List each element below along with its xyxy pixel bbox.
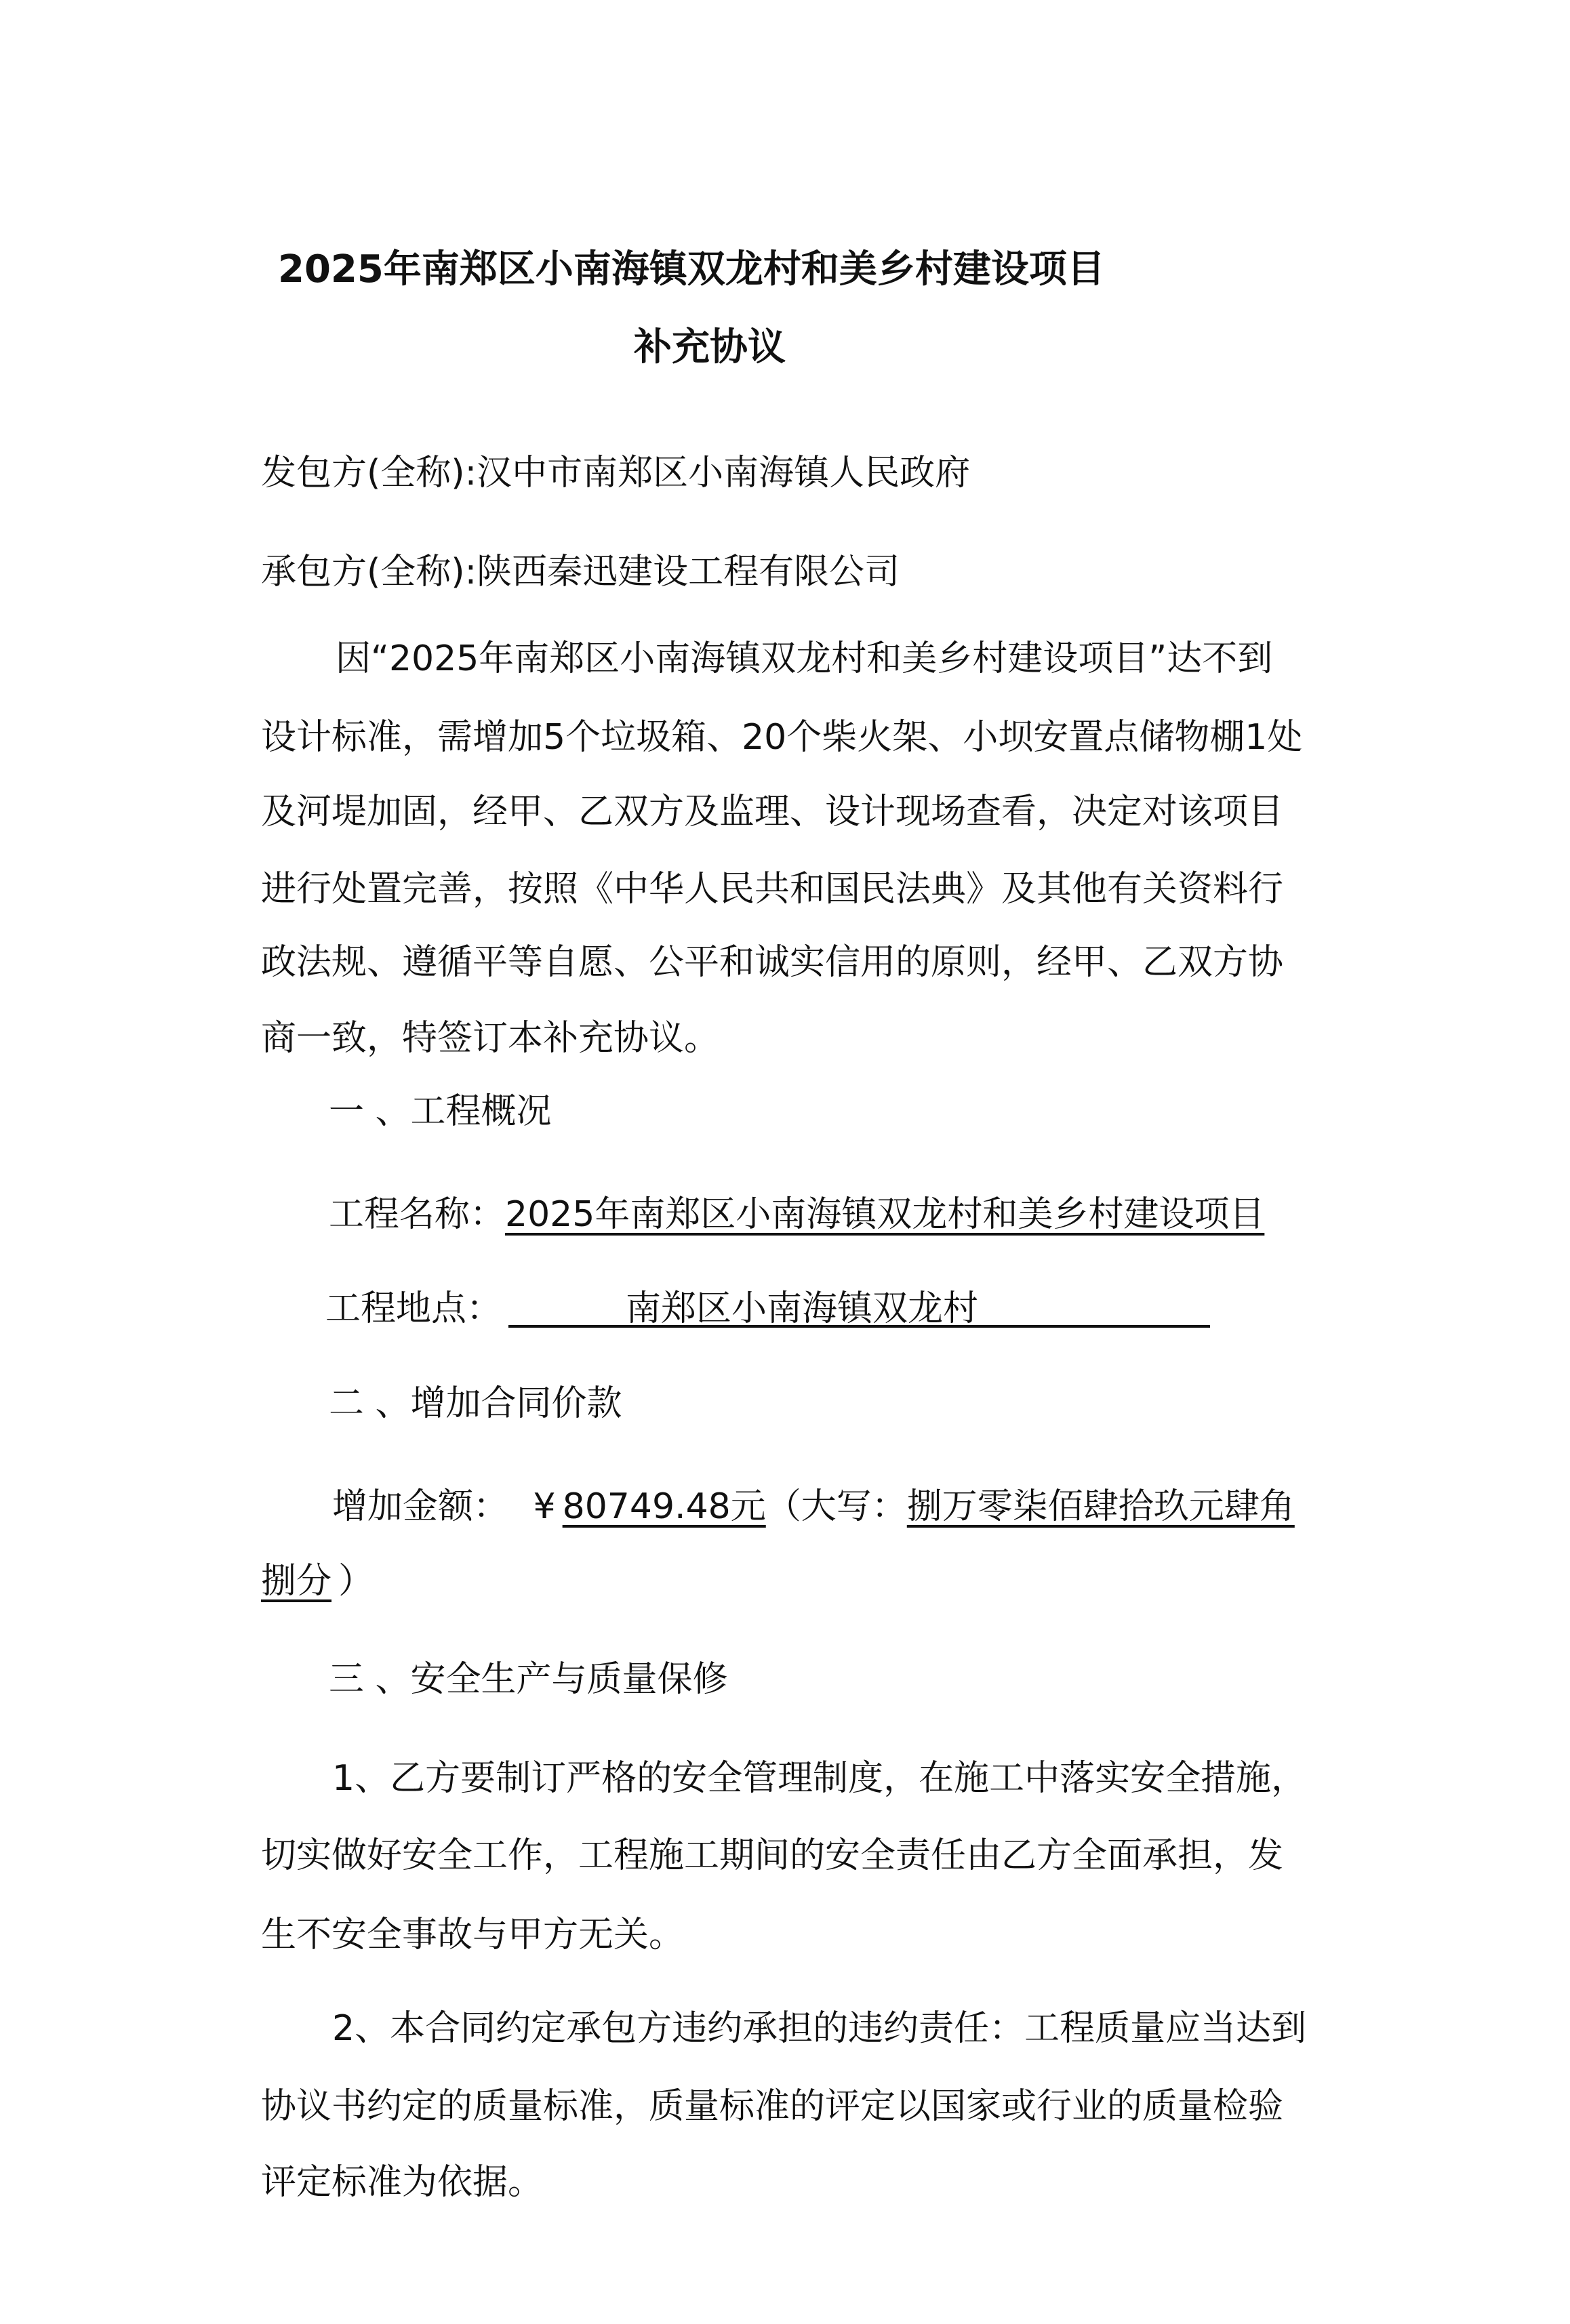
preamble-line: 设计标准，需增加5个垃圾箱、20个柴火架、小坝安置点储物棚1处 [261,720,1302,755]
document-title-line-2: 补充协议 [634,329,786,367]
contractor-label: 承包方(全称): [261,552,477,592]
clause-2-line: 评定标准为依据。 [261,2165,543,2200]
contractor-name: 陕西秦迅建设工程有限公司 [477,552,900,592]
preamble-line: 政法规、遵循平等自愿、公平和诚实信用的原则，经甲、乙双方协 [261,945,1283,980]
amount-words-line-2: 捌分 [261,1561,331,1602]
preamble-line: 及河堤加固，经甲、乙双方及监理、设计现场查看，决定对该项目 [261,794,1283,830]
project-location-label: 工程地点： [325,1288,502,1329]
preamble-line: 进行处置完善，按照《中华人民共和国民法典》及其他有关资料行 [261,872,1283,907]
currency-symbol: ¥ [534,1486,556,1527]
employer-name: 汉中市南郑区小南海镇人民政府 [477,453,970,493]
amount-label: 增加金额： [332,1486,508,1527]
amount-words-suffix: ） [338,1561,374,1602]
amount-words-line-1: 捌万零柒佰肆拾玖元肆角 [907,1486,1295,1527]
preamble-line: 因“2025年南郑区小南海镇双龙村和美乡村建设项目”达不到 [336,641,1272,676]
contractor-row: 承包方(全称):陕西秦迅建设工程有限公司 [261,554,900,590]
section-2-heading: 二 、增加合同价款 [329,1386,622,1421]
clause-1-line: 切实做好安全工作，工程施工期间的安全责任由乙方全面承担，发 [261,1838,1283,1873]
clause-2-line: 协议书约定的质量标准，质量标准的评定以国家或行业的质量检验 [261,2089,1283,2124]
project-location-row: 工程地点： 南郑区小南海镇双龙村 [325,1291,502,1326]
clause-1-line: 1、乙方要制订严格的安全管理制度，在施工中落实安全措施， [332,1761,1306,1796]
clause-2-line: 2、本合同约定承包方违约承担的违约责任：工程质量应当达到 [332,2011,1306,2046]
amount-words-prefix: （大写： [766,1486,907,1527]
project-location-value: 南郑区小南海镇双龙村 [626,1291,978,1326]
section-1-heading: 一 、工程概况 [329,1094,552,1129]
employer-row: 发包方(全称):汉中市南郑区小南海镇人民政府 [261,455,970,491]
amount-value: 80749.48元 [556,1486,766,1527]
project-name-row: 工程名称：2025年南郑区小南海镇双龙村和美乡村建设项目 [329,1197,1264,1232]
section-3-heading: 三 、安全生产与质量保修 [329,1662,728,1697]
project-name-label: 工程名称： [329,1194,505,1235]
employer-label: 发包方(全称): [261,453,477,493]
document-title-line-1: 2025年南郑区小南海镇双龙村和美乡村建设项目 [278,251,1105,289]
project-name-value: 2025年南郑区小南海镇双龙村和美乡村建设项目 [505,1194,1264,1235]
preamble-line: 商一致，特签订本补充协议。 [261,1021,719,1056]
clause-1-line: 生不安全事故与甲方无关。 [261,1917,684,1953]
amount-row: 增加金额： ¥80749.48元（大写：捌万零柒佰肆拾玖元肆角 [332,1489,1295,1524]
amount-words-continued: 捌分） [261,1564,374,1599]
